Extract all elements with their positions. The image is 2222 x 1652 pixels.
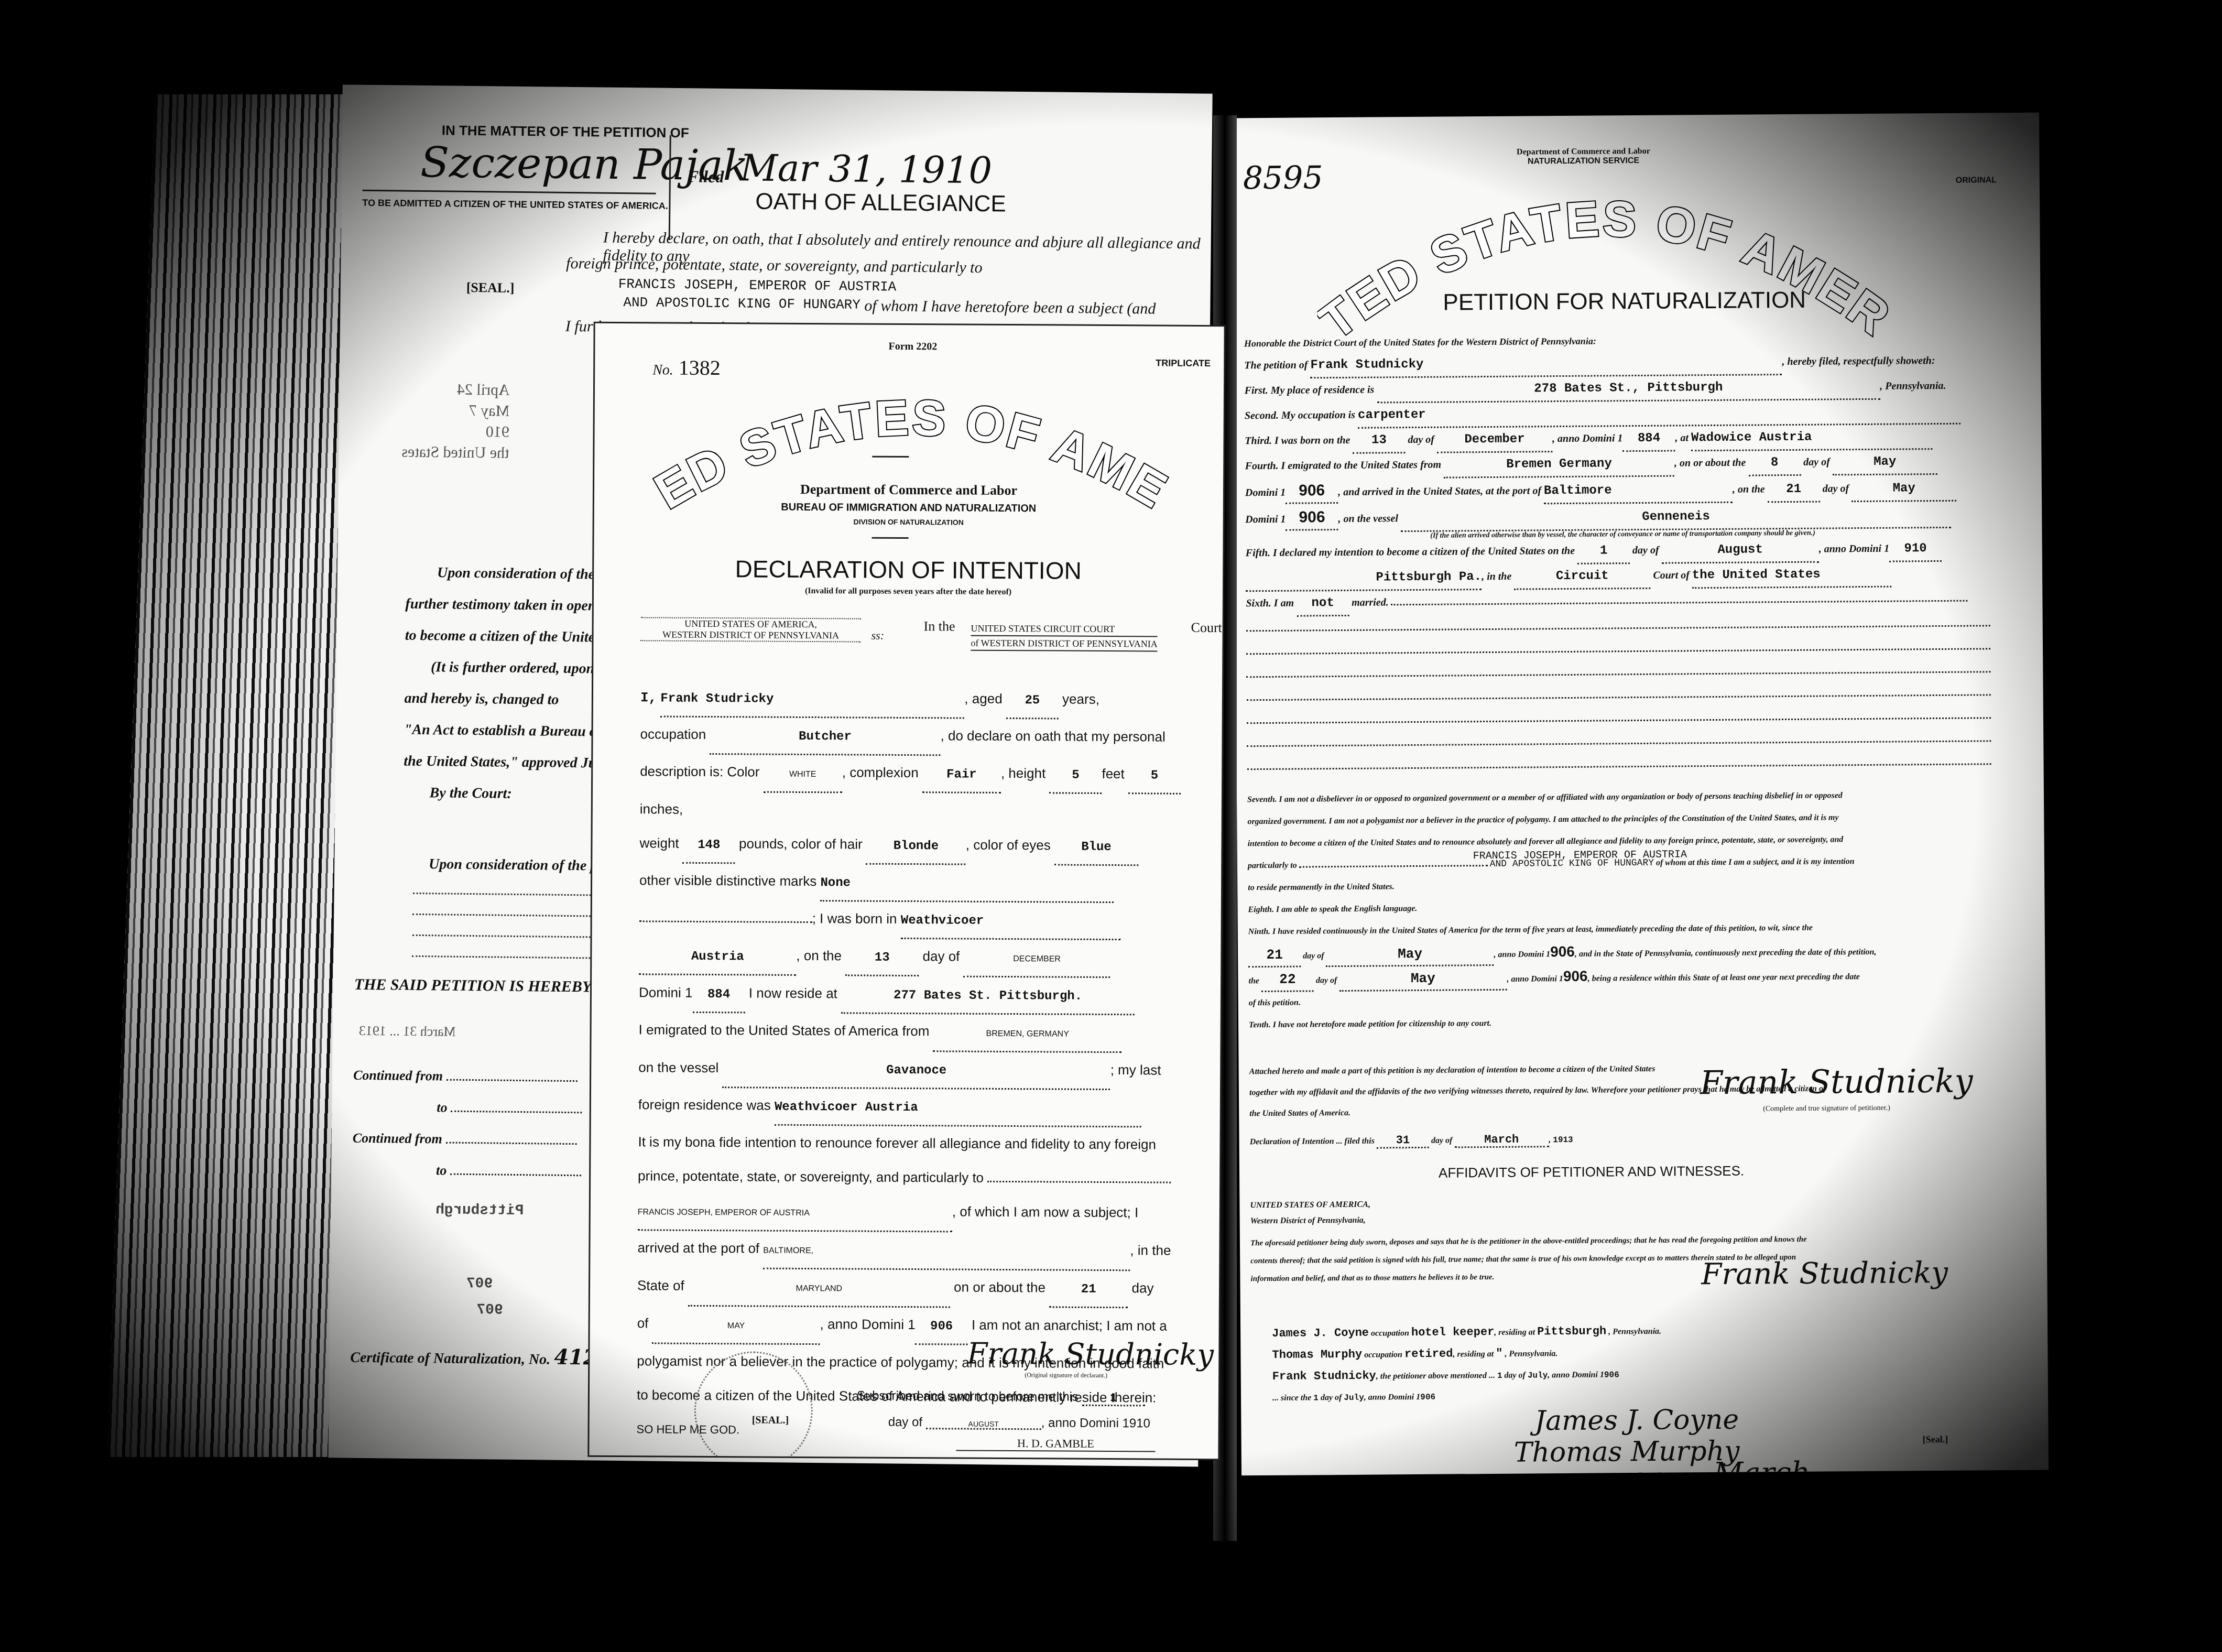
declaration-court: UNITED STATES CIRCUIT COURT of WESTERN D… <box>971 622 1158 652</box>
oath-sovereign-2: AND APOSTOLIC KING OF HUNGARY <box>623 295 861 313</box>
witness-row: Thomas Murphy occupation retired, residi… <box>1272 1342 1661 1366</box>
clerk-name: H. D. GAMBLE <box>956 1437 1155 1452</box>
declarant-signature: Frank Studnicky <box>967 1337 1214 1372</box>
declarant-vessel: Gavanoce <box>722 1052 1110 1090</box>
petition-vessel: Genneneis <box>1401 504 1951 532</box>
sworn-day: 31 <box>1629 1468 1667 1476</box>
triplicate-label: TRIPLICATE <box>1156 357 1211 369</box>
affidavit-venue: UNITED STATES OF AMERICA, Western Distri… <box>1250 1197 1370 1230</box>
oath-title: OATH OF ALLEGIANCE <box>755 189 1006 218</box>
declarant-residence: 277 Bates St. Pittsburgh. <box>841 978 1135 1015</box>
svg-text:UNITED STATES OF AMERICA: UNITED STATES OF AMERICA <box>636 376 1179 523</box>
seal-label: [SEAL.] <box>466 280 515 296</box>
petition-body: The petition of Frank Studnicky, hereby … <box>1244 349 2002 778</box>
declarant-weight: 148 <box>683 828 735 864</box>
original-label: ORIGINAL <box>1956 176 1997 186</box>
denied-text: THE SAID PETITION IS HEREBY DE <box>354 976 617 996</box>
court-label: In the <box>924 618 955 634</box>
petition-sovereign-1: FRANCIS JOSEPH, EMPEROR OF AUSTRIA <box>1473 849 1687 862</box>
petition-residence: 278 Bates St., Pittsburgh <box>1377 375 1880 404</box>
sworn-date-line: day of AUGUST, anno Domini 1910 <box>888 1415 1150 1431</box>
declaration-ss: ss: <box>871 629 884 643</box>
declarant-complexion: Fair <box>922 757 1001 794</box>
petition-title: PETITION FOR NATURALIZATION <box>1443 287 1806 316</box>
reversed-pittsburgh: Pittsburgh <box>435 1202 524 1219</box>
reversed-march-text: March 31 ... 1913 <box>359 1023 456 1040</box>
declaration-title: DECLARATION OF INTENTION <box>594 554 1223 585</box>
declarant-marks: None <box>820 866 1114 903</box>
petition-for-naturalization-page: 8595 Department of Commerce and Labor NA… <box>1232 113 2049 1476</box>
petitioner-signature: Frank Studnicky <box>1700 1062 1973 1102</box>
file-number: 8595 <box>1243 159 1323 197</box>
sworn-month: March <box>1713 1456 1810 1476</box>
witness-list: James J. Coyne occupation hotel keeper, … <box>1272 1321 1662 1409</box>
petition-seal-label: [Seal.] <box>1923 1434 1948 1445</box>
witness-row: James J. Coyne occupation hotel keeper, … <box>1272 1321 1661 1345</box>
declarant-name: Frank Studricky <box>660 682 964 719</box>
declarant-color: WHITE <box>764 757 842 794</box>
petitioner-name: Frank Studnicky <box>1310 351 1782 378</box>
affidavits-title: AFFIDAVITS OF PETITIONER AND WITNESSES. <box>1439 1163 1744 1181</box>
oath-sovereign-1: FRANCIS JOSEPH, EMPEROR OF AUSTRIA <box>618 276 897 295</box>
reversed-907-a: 907 <box>466 1276 493 1292</box>
filed-label: Filed <box>688 167 724 187</box>
declaration-department: Department of Commerce and Labor <box>594 481 1223 499</box>
declarant-age: 25 <box>1006 683 1059 720</box>
petition-occupation: carpenter <box>1358 400 1960 429</box>
declarant-birthplace: Weathvicoer <box>901 904 1121 940</box>
affidavit-petitioner-signature: Frank Studnicky <box>1701 1256 1948 1291</box>
declaration-venue: UNITED STATES OF AMERICA, WESTERN DISTRI… <box>640 617 861 642</box>
admitted-caption: TO BE ADMITTED A CITIZEN OF THE UNITED S… <box>362 198 668 212</box>
continued-section: Continued from to Continued from to <box>352 1060 582 1188</box>
declarant-hair: Blonde <box>866 829 966 865</box>
svg-text:UNITED STATES OF AMERICA: UNITED STATES OF AMERICA <box>1316 171 1894 343</box>
witness-signature-1: James J. Coyne <box>1534 1404 1739 1437</box>
petition-filed-line: Declaration of Intention ... filed this … <box>1250 1133 1573 1149</box>
certificate-label: Certificate of Naturalization, No. 412 <box>350 1343 598 1370</box>
oath-text-3: of whom I have heretofore been a subject… <box>864 297 1156 318</box>
declarant-eyes: Blue <box>1054 830 1138 866</box>
declarant-signature-caption: (Original signature of declarant.) <box>1025 1371 1107 1379</box>
declaration-of-intention-sheet: No. 1382 Form 2202 TRIPLICATE UNITED STA… <box>589 323 1224 1459</box>
oath-text-2: foreign prince, potentate, state, or sov… <box>566 255 983 277</box>
petition-department: Department of Commerce and Labor NATURAL… <box>1515 147 1651 167</box>
petitioner-signature-caption: (Complete and true signature of petition… <box>1763 1104 1890 1114</box>
reversed-bleed-text: April 24 May 7 910 the United States <box>401 379 510 464</box>
sworn-line: Subscribed and sworn to before me this 1 <box>857 1389 1145 1407</box>
declarant-occupation: Butcher <box>710 719 940 756</box>
declaration-subtitle: (Invalid for all purposes seven years af… <box>594 585 1223 598</box>
witness-signature-2: Thomas Murphy <box>1514 1436 1740 1469</box>
declaration-body: I, Frank Studricky, aged 25 years, occup… <box>636 680 1206 1449</box>
petition-seventh-clause: Seventh. I am not a disbeliever in or op… <box>1247 784 2014 1036</box>
reversed-907-b: 907 <box>476 1302 503 1319</box>
filed-date: Mar 31, 1910 <box>740 146 993 192</box>
petition-address: Honorable the District Court of the Unit… <box>1244 336 1596 350</box>
petition-arc-title: UNITED STATES OF AMERICA <box>1316 171 1894 343</box>
form-label: Form 2202 <box>888 341 937 353</box>
